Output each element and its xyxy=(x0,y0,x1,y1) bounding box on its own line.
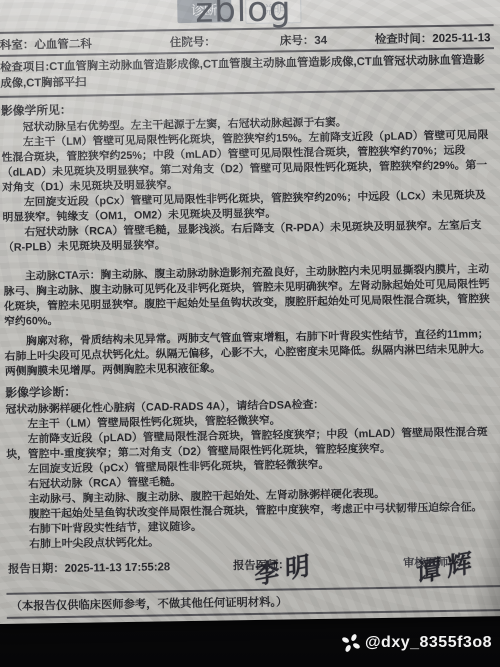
report-date-label: 报告日期： xyxy=(8,563,65,576)
dept-value: 心血管二科 xyxy=(34,38,92,51)
findings-paragraph: 主动脉CTA示：胸主动脉、腹主动脉动脉造影剂充盈良好，主动脉腔内未见明显撕裂内膜… xyxy=(3,262,496,330)
findings-paragraph: 右冠状动脉（RCA）管壁毛糙，显影浅淡。右后降支（R-PDA）未见斑块及明显狭窄… xyxy=(3,218,495,256)
report-date-field: 报告日期：2025-11-13 17:55:28 xyxy=(8,557,233,577)
disclaimer-block: （本报告仅供临床医师参考，不做其他任何证明材料。） xyxy=(8,585,500,619)
monitor-screen: 诊断 说明 zblog 科室：心血管二科 住院号： 床号：34 检查时间 xyxy=(0,0,500,624)
bed-field: 床号：34 xyxy=(280,31,375,48)
exam-time-field: 检查时间：2025-11-13 xyxy=(375,29,492,47)
findings-paragraph: 胸廓对称，骨质结构未见异常。两肺支气管血管束增粗，右肺下叶背段实性结节，直径约1… xyxy=(4,327,497,380)
reporter-signature: 李明 xyxy=(254,544,315,592)
photo-of-screen: 诊断 说明 zblog 科室：心血管二科 住院号： 床号：34 检查时间 xyxy=(0,0,500,667)
clover-icon xyxy=(341,633,361,653)
report-date-value: 2025-11-13 17:55:28 xyxy=(64,561,170,575)
exam-time-value: 2025-11-13 xyxy=(432,32,490,45)
bed-value: 34 xyxy=(314,34,327,46)
dxy-watermark: @dxy_8355f3o8 xyxy=(341,633,492,653)
bed-label: 床号： xyxy=(280,34,315,47)
dept-label: 科室： xyxy=(0,39,34,52)
report-document: 科室：心血管二科 住院号： 床号：34 检查时间：2025-11-13 检查项目… xyxy=(0,24,500,619)
admission-label: 住院号： xyxy=(170,36,216,49)
admission-field: 住院号： xyxy=(170,32,280,50)
dxy-handle-text: @dxy_8355f3o8 xyxy=(365,634,492,652)
signature-row: 报告日期：2025-11-13 17:55:28 报告医师： 审核医师： 李明 … xyxy=(8,553,500,591)
dept-field: 科室：心血管二科 xyxy=(0,34,170,53)
findings-paragraph: 左主干（LM）管壁可见局限性钙化斑块，管腔狭窄约15%。左前降支近段（pLAD）… xyxy=(1,128,494,196)
zblog-watermark: zblog xyxy=(195,0,292,31)
exam-time-label: 检查时间： xyxy=(375,33,433,46)
reviewer-signature: 谭辉 xyxy=(416,542,477,590)
